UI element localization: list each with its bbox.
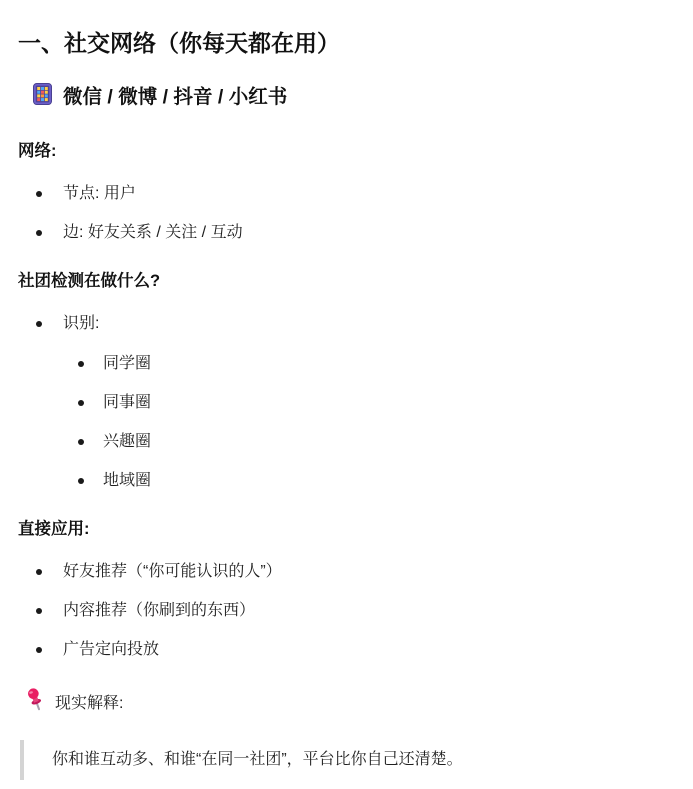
subtitle-label: 微信 / 微博 / 抖音 / 小红书 [63,85,287,109]
section-subtitle: 微信 / 微博 / 抖音 / 小红书 [33,83,669,111]
detection-list: 识别: 同学圈 同事圈 兴趣圈 地域圈 [18,312,669,493]
quote-text: 你和谁互动多、和谁“在同一社团”，平台比你自己还清楚。 [52,748,659,772]
list-item: 同学圈 [63,352,669,376]
list-item-text: 识别: [63,315,99,332]
detection-sublist: 同学圈 同事圈 兴趣圈 地域圈 [63,352,669,493]
application-list: 好友推荐（“你可能认识的人”） 内容推荐（你刷到的东西） 广告定向投放 [18,560,669,662]
document: 一、社交网络（你每天都在用） 微信 / 微博 / 抖音 / 小红书 网络 [18,29,669,780]
list-item: 同事圈 [63,391,669,415]
list-item: 地域圈 [63,469,669,493]
list-item: 节点: 用户 [18,182,669,206]
list-item: 广告定向投放 [18,638,669,662]
list-item: 兴趣圈 [63,430,669,454]
mobile-phone-icon [33,83,52,111]
list-item: 内容推荐（你刷到的东西） [18,599,669,623]
quote-block: 你和谁互动多、和谁“在同一社团”，平台比你自己还清楚。 [20,740,669,780]
pushpin-icon [25,687,46,720]
network-list: 节点: 用户 边: 好友关系 / 关注 / 互动 [18,182,669,245]
note-line: 现实解释: [18,687,669,720]
list-item: 边: 好友关系 / 关注 / 互动 [18,221,669,245]
application-section-label: 直接应用: [18,518,669,540]
page-title: 一、社交网络（你每天都在用） [18,29,669,57]
network-section-label: 网络: [18,140,669,162]
list-item: 好友推荐（“你可能认识的人”） [18,560,669,584]
note-label: 现实解释: [55,692,123,716]
list-item: 识别: 同学圈 同事圈 兴趣圈 地域圈 [18,312,669,493]
detection-section-label: 社团检测在做什么? [18,270,669,292]
